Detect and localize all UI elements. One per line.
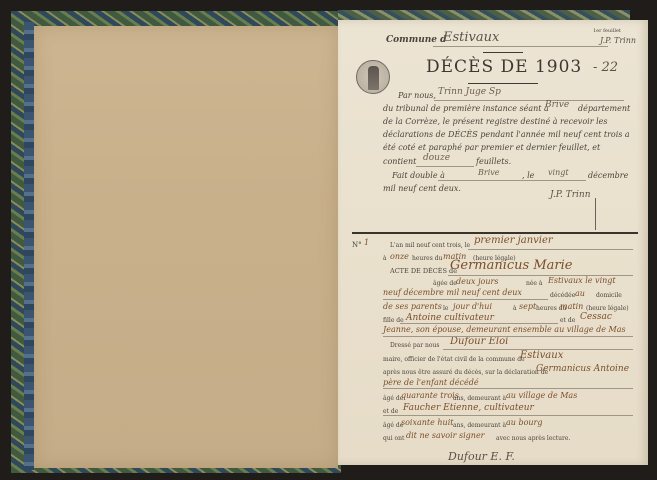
act-number: 1 (364, 238, 369, 247)
act-line4a: âgée de (433, 280, 457, 287)
commune-name: Estivaux (520, 350, 563, 361)
act-rule-5 (383, 299, 548, 300)
death-hour: sept (519, 302, 536, 311)
preamble-line7-rule (438, 180, 586, 181)
judge-name: Trinn Juge Sp (438, 87, 501, 97)
act-line2a: à (383, 255, 387, 262)
preamble-line5: été coté et paraphé par premier et derni… (383, 143, 600, 152)
declarant2-residence: au bourg (506, 418, 543, 427)
preamble-line2a: du tribunal de première instance séant à (383, 104, 549, 113)
death-place-prep: au (575, 289, 585, 298)
act-rule-14 (383, 415, 633, 416)
made-at-place: Brive (478, 168, 500, 177)
act-line15b: ans, demeurant à (453, 422, 506, 429)
republic-seal (356, 60, 390, 94)
sheet-signature: J.P. Trinn (600, 36, 636, 45)
preamble-line6b: feuillets. (476, 157, 511, 166)
act-line5b: domicile (596, 292, 622, 299)
mayor-signature: Dufour E. F. (448, 450, 515, 463)
preamble-line7b: , le (522, 171, 534, 180)
act-line6d: (heure légale) (586, 305, 629, 312)
act-number-label: N° (352, 241, 362, 249)
mayor-name: Dufour Eloi (450, 336, 508, 347)
birth-date-cont: neuf décembre mil neuf cent deux (383, 288, 522, 297)
act-rule-12 (383, 388, 633, 389)
act-line10: maire, officier de l'état civil de la co… (383, 356, 525, 363)
preamble-line8: mil neuf cent deux. (383, 184, 461, 193)
declarant1-age: quarante trois (401, 391, 459, 400)
act-line6a: le (443, 305, 448, 312)
preamble-line3: de la Corrèze, le présent registre desti… (383, 117, 607, 126)
act-line16b: avec nous après lecture. (496, 435, 570, 442)
death-place: de ses parents (383, 302, 442, 311)
declarant1-residence: au village de Mas (506, 391, 577, 400)
act-rule-8 (383, 336, 633, 337)
death-date: premier janvier (474, 235, 553, 246)
preamble-line6a: contient (383, 157, 416, 166)
act-line6b: à (513, 305, 517, 312)
left-cover-paper-lining (34, 26, 338, 468)
mother-and-residence: Jeanne, son épouse, demeurant ensemble a… (383, 325, 626, 334)
title-ornament-top (483, 52, 523, 53)
preamble-line7a: Fait double à (392, 171, 445, 180)
declarant2-name: Faucher Etienne, cultivateur (403, 403, 534, 413)
tribunal-town: Brive (545, 100, 569, 110)
act-line9: Dressé par nous (390, 342, 439, 349)
declarant2-age: soixante huit (401, 418, 453, 427)
preamble-line1: Par nous, (398, 91, 436, 100)
declarant1-relation: père de l'enfant décédé (383, 378, 479, 387)
preamble-line7c: décembre (588, 171, 628, 180)
section-divider (352, 232, 638, 234)
death-period: matin (560, 302, 583, 311)
act-line7b: et de (560, 317, 575, 324)
declaration-hour: onze (390, 252, 409, 261)
mother-surname: Cessac (580, 312, 612, 322)
act-rule-9 (443, 349, 633, 350)
act-line14: et de (383, 408, 398, 415)
act-line13b: ans, demeurant à (453, 395, 506, 402)
register-page: Commune d Estivaux 1er feuillet J.P. Tri… (338, 20, 648, 465)
commune-value: Estivaux (443, 30, 499, 45)
judge-signature: J.P. Trinn (550, 190, 591, 200)
made-on-day: vingt (548, 168, 569, 177)
declarant1-name: Germanicus Antoine (536, 364, 629, 374)
birth-place-date: Estivaux le vingt (548, 276, 616, 285)
act-line5a: décédée (550, 292, 575, 299)
scanned-register-view: Commune d Estivaux 1er feuillet J.P. Tri… (0, 0, 657, 480)
commune-underline (433, 46, 608, 47)
signing-statement: dit ne savoir signer (406, 431, 485, 440)
preamble-line2b: département (578, 104, 630, 113)
page-title: DÉCÈS DE 1903 (426, 57, 582, 77)
commune-label: Commune d (386, 35, 446, 45)
act-line16a: qui ont (383, 435, 404, 442)
sheet-count-rule (416, 166, 474, 167)
deceased-name: Germanicus Marie (450, 258, 572, 273)
act-rule-7 (400, 323, 558, 324)
act-rule-1 (468, 249, 633, 250)
act-rule-3 (448, 275, 633, 276)
act-line4b: née à (526, 280, 542, 287)
preamble-line1-rule (434, 100, 624, 101)
title-ornament-bottom (468, 83, 538, 84)
act-line1: L'an mil neuf cent trois, le (390, 242, 470, 249)
death-day: jour d'hui (453, 302, 492, 311)
act-line3: ACTE DE DÉCÈS de (390, 267, 457, 275)
act-line2b: heures du (412, 255, 442, 262)
sheet-count: douze (423, 153, 450, 163)
father-name: Antoine cultivateur (406, 313, 494, 323)
deceased-age: deux jours (456, 277, 498, 286)
cover-edge-binding (24, 22, 34, 470)
preamble-line4: déclarations de DÉCÈS pendant l'année mi… (383, 130, 630, 139)
title-suffix: - 22 (593, 60, 618, 75)
act-line11: après nous être assuré du décès, sur la … (383, 369, 548, 376)
signature-flourish (595, 198, 596, 230)
sheet-label: 1er feuillet (593, 28, 621, 34)
seal-figure-icon (368, 66, 379, 90)
